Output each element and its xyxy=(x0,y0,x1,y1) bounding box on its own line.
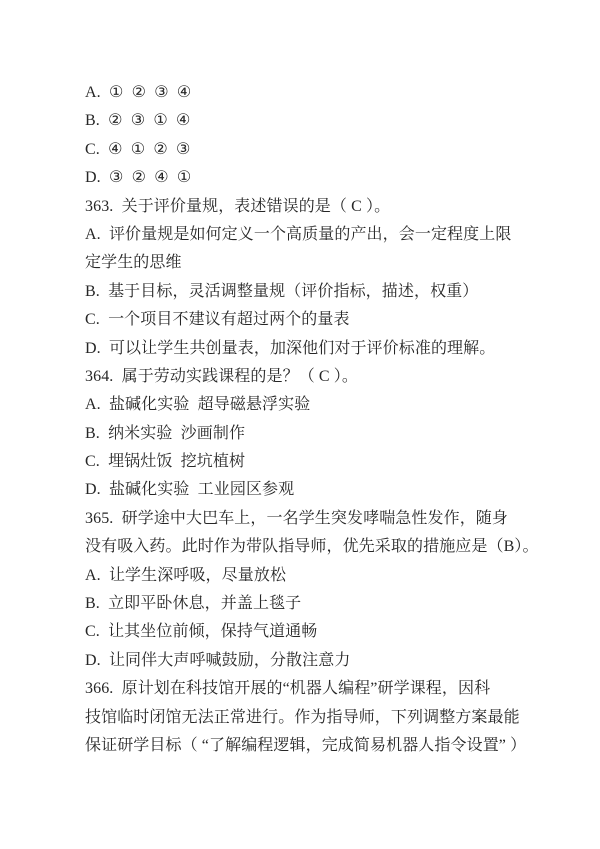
question-365-option-c: C. 让其坐位前倾，保持气道通畅 xyxy=(85,618,525,646)
question-366-stem-line-1: 366. 原计划在科技馆开展的“机器人编程”研学课程，因科 xyxy=(85,675,525,703)
prev-question-option-d: D. ③ ② ④ ① xyxy=(85,164,525,192)
document-page: A. ① ② ③ ④ B. ② ③ ① ④ C. ④ ① ② ③ D. ③ ② … xyxy=(0,0,600,849)
question-363-option-b: B. 基于目标，灵活调整量规（评价指标，描述，权重） xyxy=(85,278,525,306)
question-363-stem: 363. 关于评价量规，表述错误的是（ C ）。 xyxy=(85,193,525,221)
question-364-option-a: A. 盐碱化实验 超导磁悬浮实验 xyxy=(85,391,525,419)
question-363-option-d: D. 可以让学生共创量表，加深他们对于评价标准的理解。 xyxy=(85,335,525,363)
prev-question-option-b: B. ② ③ ① ④ xyxy=(85,107,525,135)
text-column: A. ① ② ③ ④ B. ② ③ ① ④ C. ④ ① ② ③ D. ③ ② … xyxy=(85,79,525,760)
question-365-option-a: A. 让学生深呼吸，尽量放松 xyxy=(85,562,525,590)
question-365-stem-line-2: 没有吸入药。此时作为带队指导师，优先采取的措施应是（B）。 xyxy=(85,533,525,561)
question-365-option-d: D. 让同伴大声呼喊鼓励，分散注意力 xyxy=(85,647,525,675)
question-366-stem-line-3: 保证研学目标（ “了解编程逻辑，完成简易机器人指令设置” ） xyxy=(85,732,525,760)
prev-question-option-c: C. ④ ① ② ③ xyxy=(85,136,525,164)
prev-question-option-a: A. ① ② ③ ④ xyxy=(85,79,525,107)
question-363-option-a-cont: 定学生的思维 xyxy=(85,249,525,277)
question-364-option-d: D. 盐碱化实验 工业园区参观 xyxy=(85,476,525,504)
question-363-option-c: C. 一个项目不建议有超过两个的量表 xyxy=(85,306,525,334)
question-364-option-b: B. 纳米实验 沙画制作 xyxy=(85,420,525,448)
question-364-stem: 364. 属于劳动实践课程的是？（ C ）。 xyxy=(85,363,525,391)
question-365-option-b: B. 立即平卧休息，并盖上毯子 xyxy=(85,590,525,618)
question-363-option-a: A. 评价量规是如何定义一个高质量的产出，会一定程度上限 xyxy=(85,221,525,249)
question-365-stem-line-1: 365. 研学途中大巴车上，一名学生突发哮喘急性发作，随身 xyxy=(85,505,525,533)
question-366-stem-line-2: 技馆临时闭馆无法正常进行。作为指导师，下列调整方案最能 xyxy=(85,704,525,732)
question-364-option-c: C. 埋锅灶饭 挖坑植树 xyxy=(85,448,525,476)
